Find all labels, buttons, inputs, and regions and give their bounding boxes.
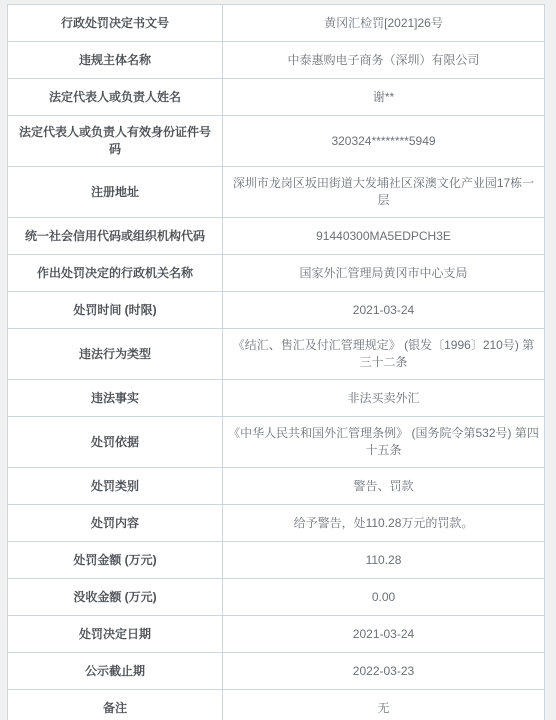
row-value: 《结汇、售汇及付汇管理规定》 (银发〔1996〕210号) 第三十二条 [223, 329, 545, 380]
row-label: 处罚金额 (万元) [8, 542, 223, 579]
penalty-info-table: 行政处罚决定书文号 黄冈汇检罚[2021]26号 违规主体名称 中泰惠购电子商务… [7, 4, 545, 720]
row-value: 110.28 [223, 542, 545, 579]
row-label: 处罚时间 (时限) [8, 292, 223, 329]
row-label: 处罚内容 [8, 505, 223, 542]
row-label: 没收金额 (万元) [8, 579, 223, 616]
table-row-deciding-authority: 作出处罚决定的行政机关名称 国家外汇管理局黄冈市中心支局 [8, 255, 545, 292]
table-row-legal-rep-id-number: 法定代表人或负责人有效身份证件号码 320324********5949 [8, 116, 545, 167]
table-row-penalty-time: 处罚时间 (时限) 2021-03-24 [8, 292, 545, 329]
row-value: 320324********5949 [223, 116, 545, 167]
row-value: 深圳市龙岗区坂田街道大发埔社区深澳文化产业园17栋一层 [223, 167, 545, 218]
row-label: 处罚决定日期 [8, 616, 223, 653]
table-row-registered-address: 注册地址 深圳市龙岗区坂田街道大发埔社区深澳文化产业园17栋一层 [8, 167, 545, 218]
row-label: 处罚依据 [8, 417, 223, 468]
row-value: 非法买卖外汇 [223, 380, 545, 417]
table-row-penalty-category: 处罚类别 警告、罚款 [8, 468, 545, 505]
row-label: 违法行为类型 [8, 329, 223, 380]
table-row-penalty-amount: 处罚金额 (万元) 110.28 [8, 542, 545, 579]
table-row-violation-facts: 违法事实 非法买卖外汇 [8, 380, 545, 417]
row-label: 注册地址 [8, 167, 223, 218]
row-label: 法定代表人或负责人有效身份证件号码 [8, 116, 223, 167]
table-row-entity-name: 违规主体名称 中泰惠购电子商务（深圳）有限公司 [8, 42, 545, 79]
table-row-legal-rep-name: 法定代表人或负责人姓名 谢** [8, 79, 545, 116]
row-value: 《中华人民共和国外汇管理条例》 (国务院令第532号) 第四十五条 [223, 417, 545, 468]
table-row-confiscated-amount: 没收金额 (万元) 0.00 [8, 579, 545, 616]
table-row-violation-type: 违法行为类型 《结汇、售汇及付汇管理规定》 (银发〔1996〕210号) 第三十… [8, 329, 545, 380]
row-label: 处罚类别 [8, 468, 223, 505]
row-label: 备注 [8, 690, 223, 720]
row-value: 2021-03-24 [223, 292, 545, 329]
table-row-remarks: 备注 无 [8, 690, 545, 720]
row-label: 公示截止期 [8, 653, 223, 690]
row-label: 违规主体名称 [8, 42, 223, 79]
row-value: 黄冈汇检罚[2021]26号 [223, 5, 545, 42]
row-value: 91440300MA5EDPCH3E [223, 218, 545, 255]
row-label: 法定代表人或负责人姓名 [8, 79, 223, 116]
row-value: 无 [223, 690, 545, 720]
row-label: 作出处罚决定的行政机关名称 [8, 255, 223, 292]
row-value: 中泰惠购电子商务（深圳）有限公司 [223, 42, 545, 79]
row-value: 2021-03-24 [223, 616, 545, 653]
row-value: 0.00 [223, 579, 545, 616]
row-value: 2022-03-23 [223, 653, 545, 690]
table-row-penalty-basis: 处罚依据 《中华人民共和国外汇管理条例》 (国务院令第532号) 第四十五条 [8, 417, 545, 468]
row-label: 行政处罚决定书文号 [8, 5, 223, 42]
page-background: { "page": { "background_color": "#f0f0f0… [0, 0, 556, 720]
row-value: 给予警告，处110.28万元的罚款。 [223, 505, 545, 542]
row-value: 国家外汇管理局黄冈市中心支局 [223, 255, 545, 292]
table-row-publicity-deadline: 公示截止期 2022-03-23 [8, 653, 545, 690]
penalty-info-table-body: 行政处罚决定书文号 黄冈汇检罚[2021]26号 违规主体名称 中泰惠购电子商务… [8, 5, 545, 720]
row-value: 谢** [223, 79, 545, 116]
row-value: 警告、罚款 [223, 468, 545, 505]
table-row-decision-number: 行政处罚决定书文号 黄冈汇检罚[2021]26号 [8, 5, 545, 42]
table-row-credit-code: 统一社会信用代码或组织机构代码 91440300MA5EDPCH3E [8, 218, 545, 255]
table-row-decision-date: 处罚决定日期 2021-03-24 [8, 616, 545, 653]
row-label: 违法事实 [8, 380, 223, 417]
table-row-penalty-content: 处罚内容 给予警告，处110.28万元的罚款。 [8, 505, 545, 542]
row-label: 统一社会信用代码或组织机构代码 [8, 218, 223, 255]
